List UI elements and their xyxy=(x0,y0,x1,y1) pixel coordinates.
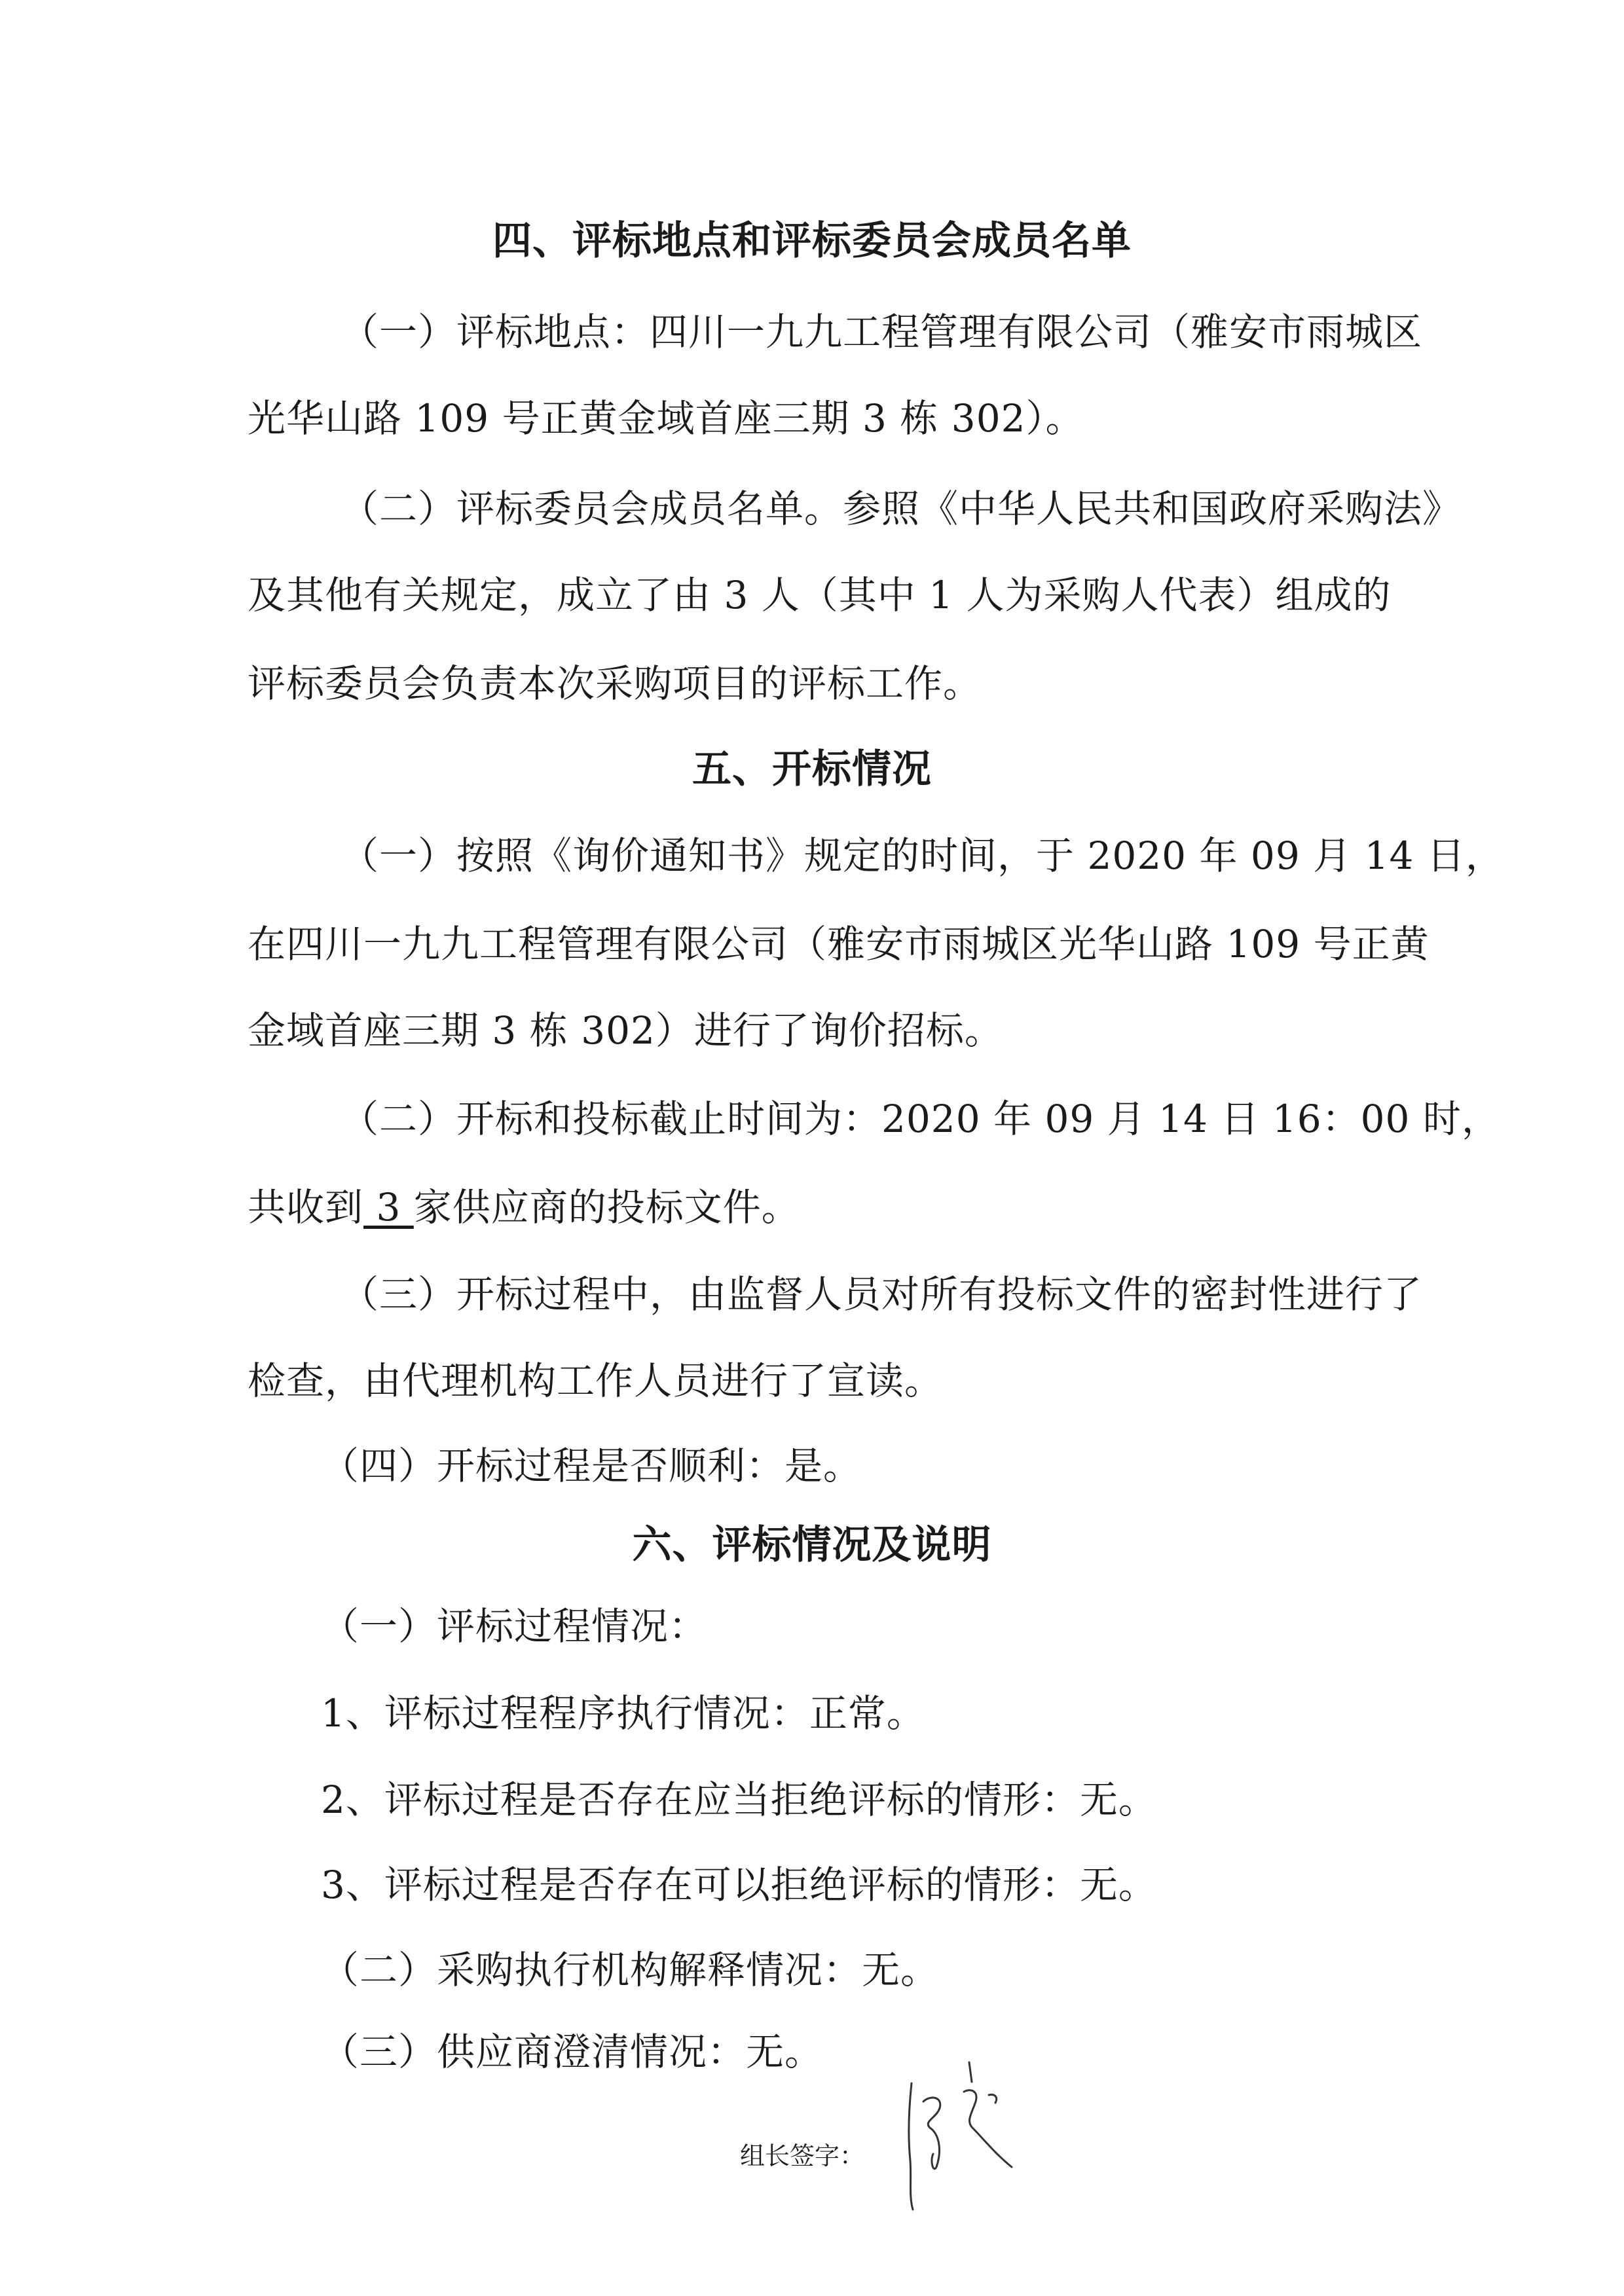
section-4-heading: 四、评标地点和评标委员会成员名单 xyxy=(0,221,1624,261)
s4-committee-line-1: （二）评标委员会成员名单。参照《中华人民共和国政府采购法》 xyxy=(341,490,1461,528)
s5-p3-line-1: （三）开标过程中，由监督人员对所有投标文件的密封性进行了 xyxy=(341,1275,1422,1313)
s5-p1-line-3: 金域首座三期 3 栋 302）进行了询价招标。 xyxy=(248,1011,1003,1049)
s5-p4-line-1: （四）开标过程是否顺利：是。 xyxy=(321,1447,862,1485)
signature-label: 组长签字： xyxy=(740,2136,864,2172)
s5-p2-line-2: 共收到 3 家供应商的投标文件。 xyxy=(248,1188,800,1226)
section-5-heading: 五、开标情况 xyxy=(0,750,1624,789)
section-6-heading: 六、评标情况及说明 xyxy=(0,1525,1624,1565)
s5-p3-line-2: 检查，由代理机构工作人员进行了宣读。 xyxy=(248,1362,943,1400)
s4-location-line-1: （一）评标地点：四川一九九工程管理有限公司（雅安市雨城区 xyxy=(341,313,1422,351)
signature-icon xyxy=(904,2056,1074,2213)
s6-item-1: 1、评标过程程序执行情况：正常。 xyxy=(321,1694,925,1732)
s5-p2-post: 家供应商的投标文件。 xyxy=(414,1185,800,1230)
s5-p2-pre: 共收到 xyxy=(248,1185,363,1230)
s6-supplier-clarification: （三）供应商澄清情况：无。 xyxy=(321,2033,823,2071)
s5-p2-line-1: （二）开标和投标截止时间为：2020 年 09 月 14 日 16：00 时， xyxy=(341,1100,1500,1138)
s4-committee-line-3: 评标委员会负责本次采购项目的评标工作。 xyxy=(248,665,982,702)
s6-agency-explanation: （二）采购执行机构解释情况：无。 xyxy=(321,1951,939,1989)
s4-location-line-2: 光华山路 109 号正黄金域首座三期 3 栋 302）。 xyxy=(248,399,1084,437)
s4-committee-line-2: 及其他有关规定，成立了由 3 人（其中 1 人为采购人代表）组成的 xyxy=(248,576,1392,614)
s5-p1-line-2: 在四川一九九工程管理有限公司（雅安市雨城区光华山路 109 号正黄 xyxy=(248,925,1430,963)
s6-item-2: 2、评标过程是否存在应当拒绝评标的情形：无。 xyxy=(321,1781,1157,1819)
handwritten-signature xyxy=(904,2056,1074,2213)
s6-item-3: 3、评标过程是否存在可以拒绝评标的情形：无。 xyxy=(321,1866,1157,1904)
s5-p1-line-1: （一）按照《询价通知书》规定的时间，于 2020 年 09 月 14 日， xyxy=(341,837,1504,875)
supplier-count: 3 xyxy=(363,1185,414,1230)
s6-process-heading: （一）评标过程情况： xyxy=(321,1607,707,1645)
